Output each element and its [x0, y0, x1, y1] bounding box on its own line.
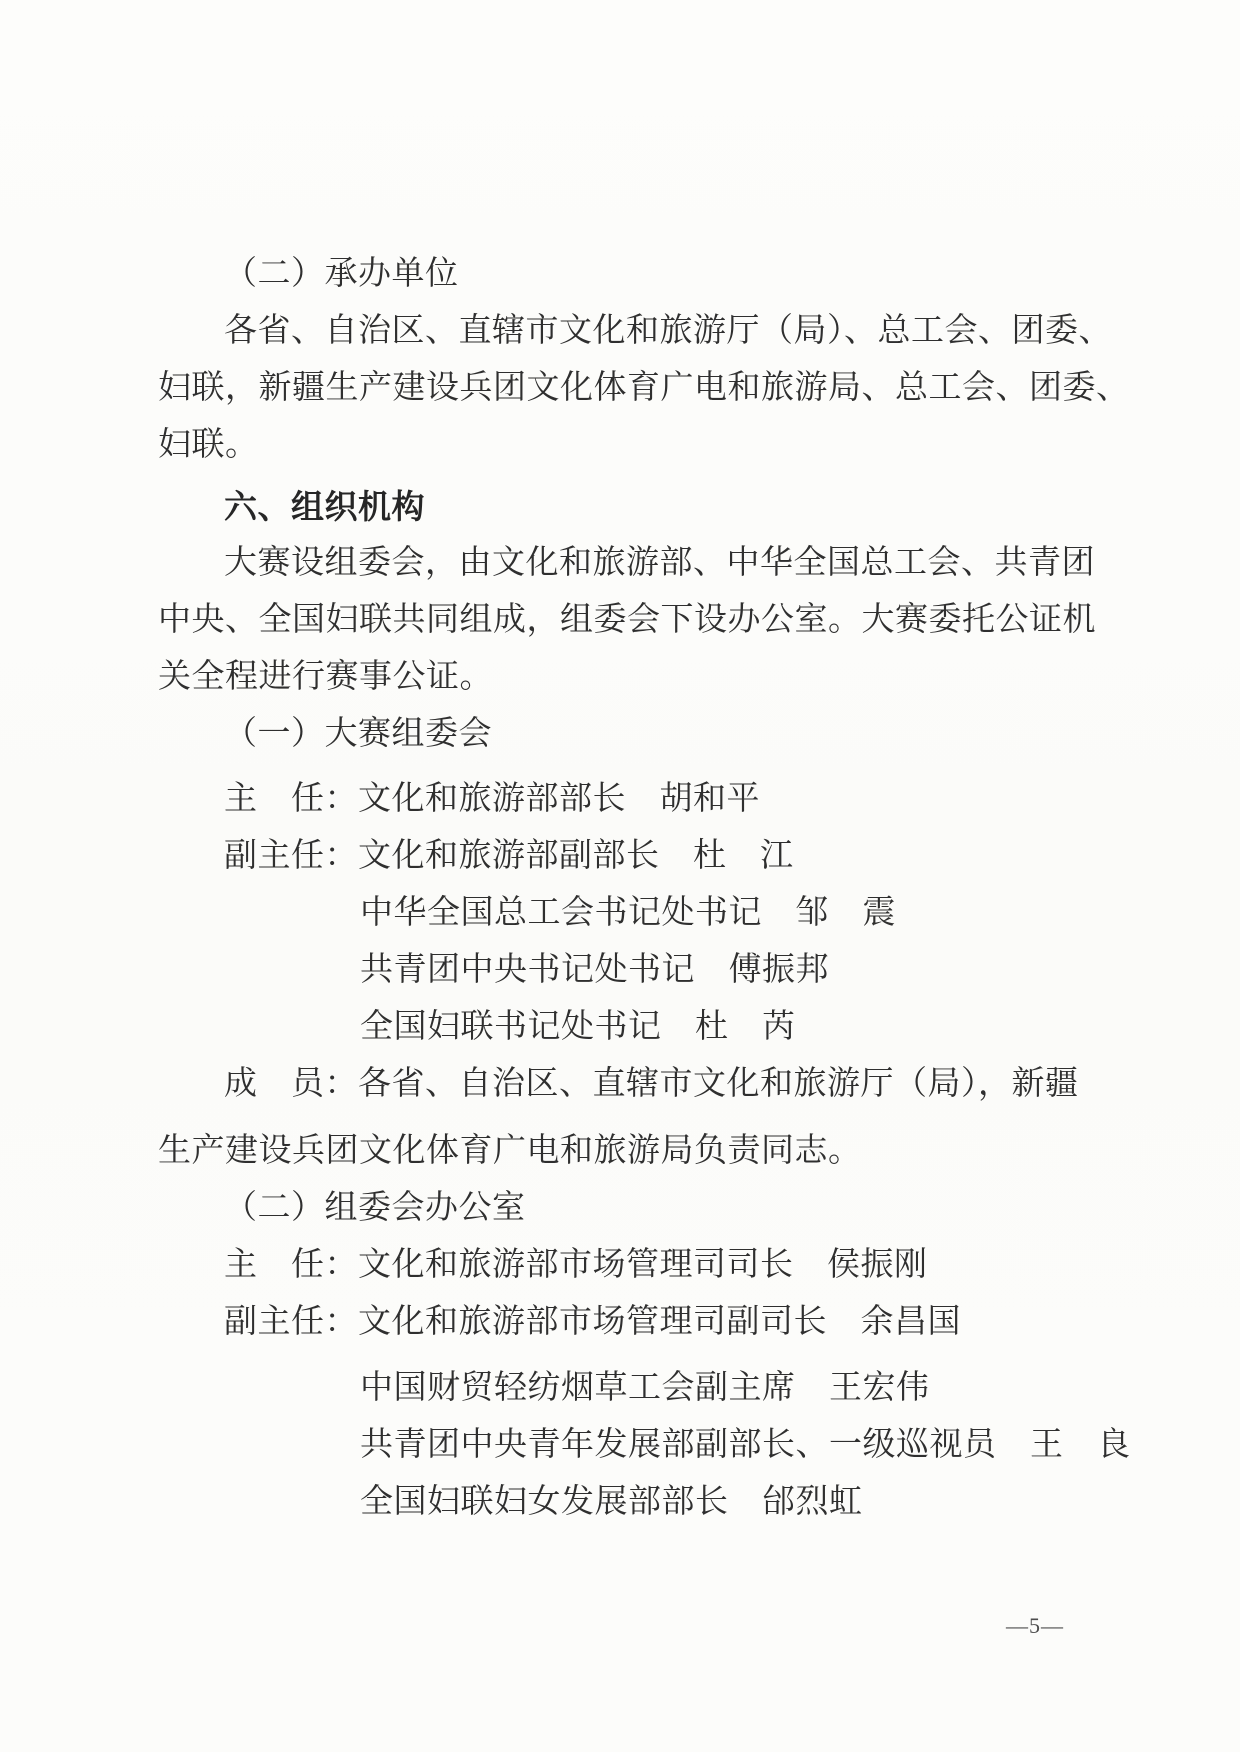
office-deputy-director-line-2: 中国财贸轻纺烟草工会副主席 王宏伟	[158, 1360, 1088, 1417]
office-director-line: 主 任：文化和旅游部市场管理司司长 侯振刚	[158, 1237, 1088, 1294]
office-deputy-director-line-4: 全国妇联妇女发展部部长 邰烈虹	[158, 1474, 1088, 1531]
page-number: —5—	[1006, 1613, 1064, 1639]
office-deputy-director-line-1: 副主任：文化和旅游部市场管理司副司长 余昌国	[158, 1294, 1088, 1351]
committee-deputy-director-line-3: 共青团中央书记处书记 傅振邦	[158, 942, 1088, 999]
heading-competition-committee: （一）大赛组委会	[158, 706, 1088, 763]
committee-members-line-1: 成 员：各省、自治区、直辖市文化和旅游厅（局），新疆	[158, 1056, 1088, 1113]
para-undertakers-line-2: 妇联，新疆生产建设兵团文化体育广电和旅游局、总工会、团委、	[158, 360, 1088, 417]
heading-committee-office: （二）组委会办公室	[158, 1180, 1088, 1237]
committee-deputy-director-line-4: 全国妇联书记处书记 杜 芮	[158, 999, 1088, 1056]
office-deputy-director-line-3: 共青团中央青年发展部副部长、一级巡视员 王 良	[158, 1417, 1088, 1474]
para-organization-line-2: 中央、全国妇联共同组成，组委会下设办公室。大赛委托公证机	[158, 592, 1088, 649]
para-undertakers-line-1: 各省、自治区、直辖市文化和旅游厅（局）、总工会、团委、	[158, 303, 1088, 360]
heading-organization-structure: 六、组织机构	[158, 478, 1088, 535]
committee-deputy-director-line-2: 中华全国总工会书记处书记 邹 震	[158, 885, 1088, 942]
para-organization-line-3: 关全程进行赛事公证。	[158, 649, 1088, 706]
committee-director-line: 主 任：文化和旅游部部长 胡和平	[158, 771, 1088, 828]
document-body: （二）承办单位 各省、自治区、直辖市文化和旅游厅（局）、总工会、团委、 妇联，新…	[158, 246, 1088, 1531]
para-undertakers-line-3: 妇联。	[158, 417, 1088, 474]
document-page: （二）承办单位 各省、自治区、直辖市文化和旅游厅（局）、总工会、团委、 妇联，新…	[0, 0, 1240, 1752]
committee-members-line-2: 生产建设兵团文化体育广电和旅游局负责同志。	[158, 1123, 1088, 1180]
committee-deputy-director-line-1: 副主任：文化和旅游部副部长 杜 江	[158, 828, 1088, 885]
para-organization-line-1: 大赛设组委会，由文化和旅游部、中华全国总工会、共青团	[158, 535, 1088, 592]
heading-undertaking-units: （二）承办单位	[158, 246, 1088, 303]
